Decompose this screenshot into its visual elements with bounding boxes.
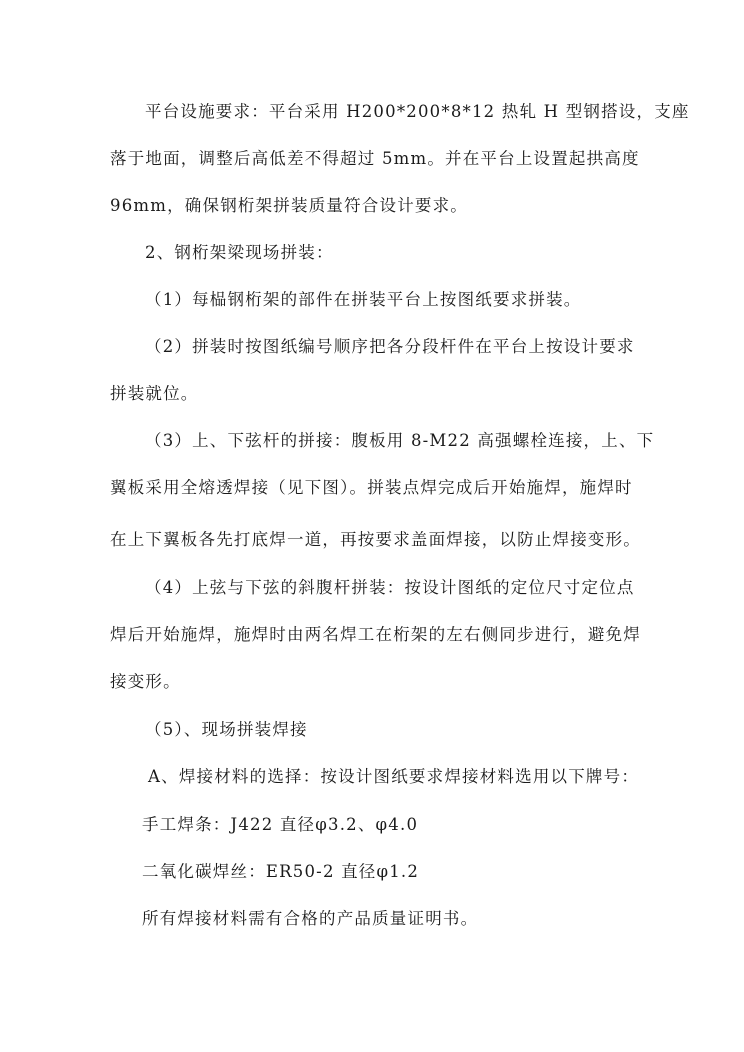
paragraph-platform-requirements-line-1: 平台设施要求：平台采用 H200*200*8*12 热轧 H 型钢搭设，支座 [145,102,690,122]
item-4-line-1: （4）上弦与下弦的斜腹杆拼装：按设计图纸的定位尺寸定位点 [145,578,635,598]
item-3-line-2: 翼板采用全熔透焊接（见下图）。拼装点焊完成后开始施焊，施焊时 [110,478,633,498]
item-2-line-1: （2）拼装时按图纸编号顺序把各分段杆件在平台上按设计要求 [145,337,635,357]
item-2-line-2: 拼装就位。 [110,384,199,404]
item-5-heading: （5）、现场拼装焊接 [145,720,308,740]
co2-wire-spec: 二氧化碳焊丝：ER50-2 直径φ1.2 [142,862,419,882]
paragraph-platform-requirements-line-2: 落于地面，调整后高低差不得超过 5mm。并在平台上设置起拱高度 [110,149,640,169]
document-page: 平台设施要求：平台采用 H200*200*8*12 热轧 H 型钢搭设，支座 落… [0,0,744,1052]
subitem-a-welding-materials: A、焊接材料的选择：按设计图纸要求焊接材料选用以下牌号： [148,767,639,787]
paragraph-platform-requirements-line-3: 96mm，确保钢桁架拼装质量符合设计要求。 [110,196,468,216]
item-3-line-3: 在上下翼板各先打底焊一道，再按要求盖面焊接，以防止焊接变形。 [110,530,641,550]
manual-electrode-spec: 手工焊条：J422 直径φ3.2、φ4.0 [142,815,418,835]
item-3-line-1: （3）上、下弦杆的拼接：腹板用 8-M22 高强螺栓连接，上、下 [145,431,654,451]
item-1-line-1: （1）每榀钢桁架的部件在拼装平台上按图纸要求拼装。 [145,290,582,310]
item-4-line-2: 焊后开始施焊，施焊时由两名焊工在桁架的左右侧同步进行，避免焊 [110,625,641,645]
item-4-line-3: 接变形。 [110,672,181,692]
section-heading-truss-assembly: 2、钢桁架梁现场拼装： [145,243,334,263]
quality-certificate-note: 所有焊接材料需有合格的产品质量证明书。 [142,909,478,929]
